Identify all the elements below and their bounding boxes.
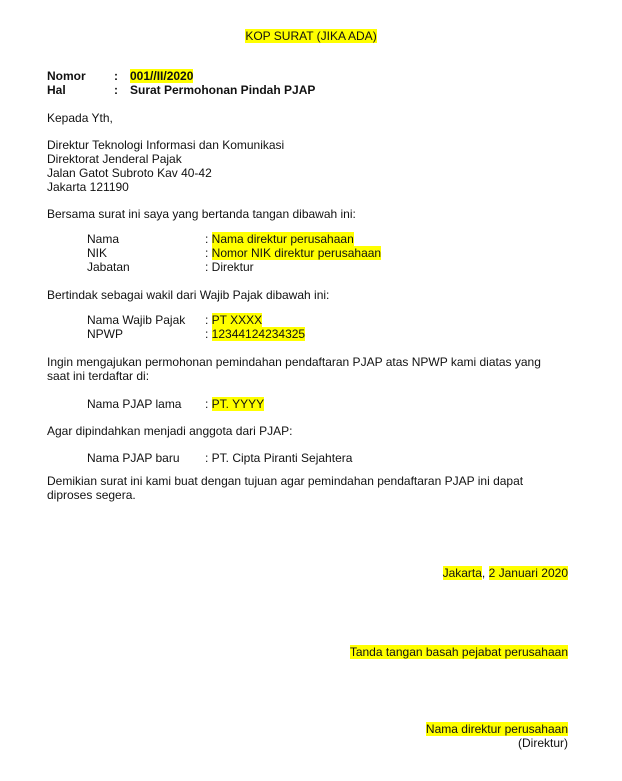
field-label: Nama Wajib Pajak	[87, 313, 205, 327]
hal-value: Surat Permohonan Pindah PJAP	[130, 83, 315, 97]
signature-placeholder: Tanda tangan basah pejabat perusahaan	[350, 645, 568, 659]
field-label: NPWP	[87, 327, 205, 341]
salutation: Kepada Yth,	[47, 111, 113, 125]
place-date: Jakarta, 2 Januari 2020	[443, 566, 568, 580]
letterhead-text: KOP SURAT (JIKA ADA)	[245, 29, 376, 43]
place: Jakarta	[443, 566, 482, 580]
field-value: Direktur	[212, 260, 254, 274]
field-label: Nama PJAP lama	[87, 397, 205, 411]
signer-name: Nama direktur perusahaan	[426, 722, 568, 736]
hal-sep: :	[114, 83, 130, 97]
recipient-line: Direktorat Jenderal Pajak	[47, 152, 182, 166]
move-to-text: Agar dipindahkan menjadi anggota dari PJ…	[47, 424, 293, 438]
intro-text: Bersama surat ini saya yang bertanda tan…	[47, 207, 356, 221]
request-text: Ingin mengajukan permohonan pemindahan p…	[47, 355, 541, 369]
field-label: Nama	[87, 232, 205, 246]
date: 2 Januari 2020	[489, 566, 568, 580]
hal-label: Hal	[47, 83, 114, 97]
letterhead: KOP SURAT (JIKA ADA)	[0, 29, 622, 43]
old-pjap-row: Nama PJAP lama: PT. YYYY	[87, 397, 264, 411]
nomor-sep: :	[114, 69, 130, 83]
signer-row: NIK: Nomor NIK direktur perusahaan	[87, 246, 381, 260]
closing-text: diproses segera.	[47, 488, 136, 502]
taxpayer-row: Nama Wajib Pajak: PT XXXX	[87, 313, 262, 327]
signer-title: (Direktur)	[518, 736, 568, 750]
nomor-value: 001//II/2020	[130, 69, 193, 83]
request-text: saat ini terdaftar di:	[47, 369, 149, 383]
recipient-line: Jakarta 121190	[47, 180, 129, 194]
field-label: Jabatan	[87, 260, 205, 274]
signature-text: Tanda tangan basah pejabat perusahaan	[350, 645, 568, 659]
hal-row: Hal:Surat Permohonan Pindah PJAP	[47, 83, 315, 97]
closing-text: Demikian surat ini kami buat dengan tuju…	[47, 474, 523, 488]
signer-name-text: Nama direktur perusahaan	[426, 722, 568, 736]
nomor-row: Nomor:001//II/2020	[47, 69, 193, 83]
nomor-label: Nomor	[47, 69, 114, 83]
field-value: PT. YYYY	[212, 397, 264, 411]
representing-text: Bertindak sebagai wakil dari Wajib Pajak…	[47, 288, 329, 302]
recipient-line: Direktur Teknologi Informasi dan Komunik…	[47, 138, 284, 152]
field-value: Nomor NIK direktur perusahaan	[212, 246, 381, 260]
signer-row: Nama: Nama direktur perusahaan	[87, 232, 354, 246]
field-value: PT XXXX	[212, 313, 262, 327]
signer-row: Jabatan: Direktur	[87, 260, 254, 274]
taxpayer-row: NPWP: 12344124234325	[87, 327, 305, 341]
field-value: 12344124234325	[212, 327, 305, 341]
field-label: NIK	[87, 246, 205, 260]
field-label: Nama PJAP baru	[87, 451, 205, 465]
new-pjap-row: Nama PJAP baru: PT. Cipta Piranti Sejaht…	[87, 451, 352, 465]
field-value: PT. Cipta Piranti Sejahtera	[212, 451, 353, 465]
field-value: Nama direktur perusahaan	[212, 232, 354, 246]
recipient-line: Jalan Gatot Subroto Kav 40-42	[47, 166, 212, 180]
